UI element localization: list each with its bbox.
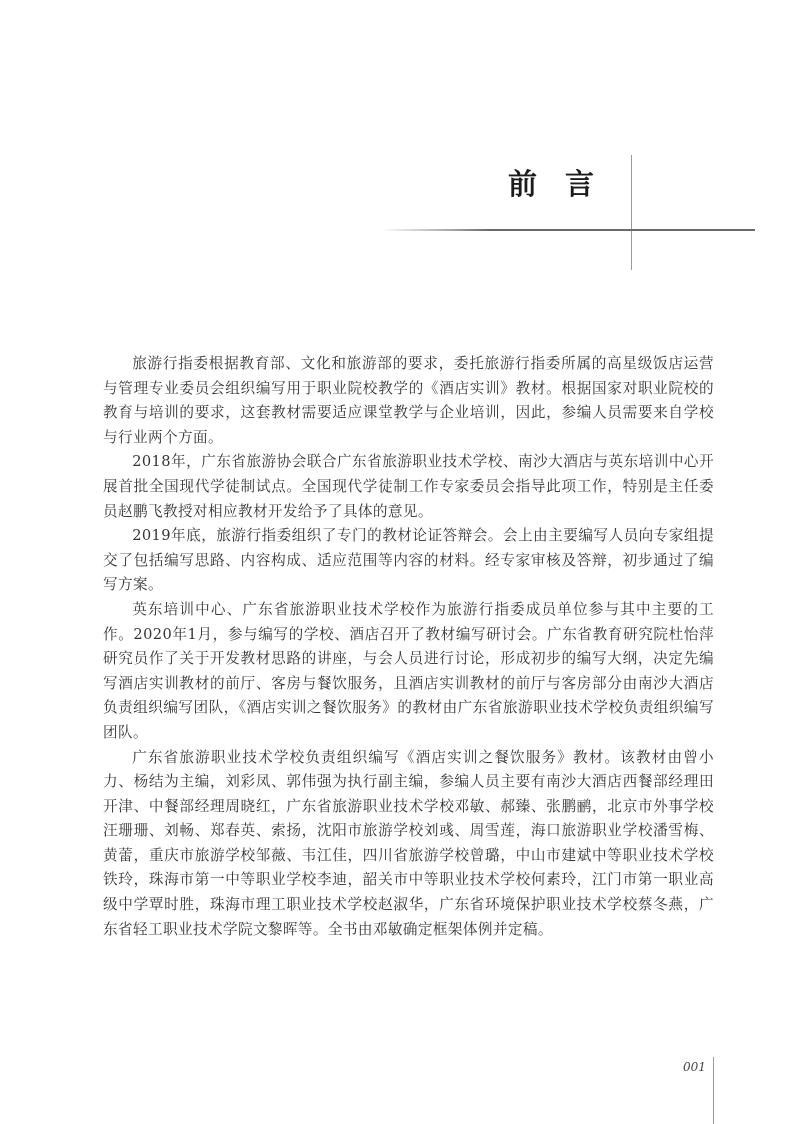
- footer-vertical-rule: [713, 1057, 714, 1124]
- title-vertical-rule: [631, 155, 632, 270]
- paragraph-2: 2018年，广东省旅游协会联合广东省旅游职业技术学校、南沙大酒店与英东培训中心开…: [103, 450, 714, 524]
- paragraph-3: 2019年底，旅游行指委组织了专门的教材论证答辩会。会上由主要编写人员向专家组提…: [103, 524, 714, 598]
- paragraph-4: 英东培训中心、广东省旅游职业技术学校作为旅游行指委成员单位参与其中主要的工作。2…: [103, 598, 714, 746]
- paragraph-1: 旅游行指委根据教育部、文化和旅游部的要求，委托旅游行指委所属的高星级饭店运营与管…: [103, 352, 714, 450]
- paragraph-5: 广东省旅游职业技术学校负责组织编写《酒店实训之餐饮服务》教材。该教材由曾小力、杨…: [103, 746, 714, 943]
- title-horizontal-rule: [380, 229, 755, 231]
- body-text: 旅游行指委根据教育部、文化和旅游部的要求，委托旅游行指委所属的高星级饭店运营与管…: [103, 352, 714, 942]
- document-page: 前言 旅游行指委根据教育部、文化和旅游部的要求，委托旅游行指委所属的高星级饭店运…: [0, 0, 800, 1124]
- page-title: 前言: [508, 170, 622, 199]
- page-number: 001: [683, 1060, 706, 1074]
